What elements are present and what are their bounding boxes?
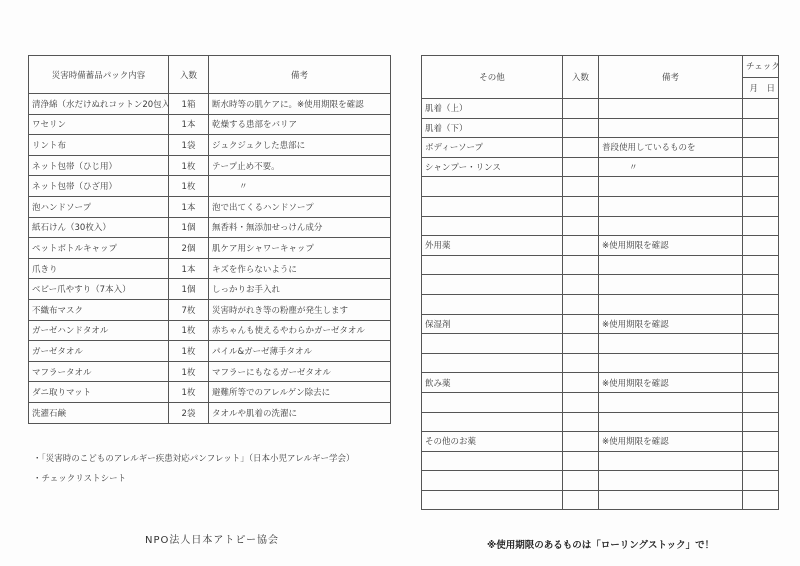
check-date-field[interactable]: [743, 334, 779, 354]
item-quantity: 1箱: [169, 94, 209, 115]
item-name: 紙石けん（30枚入）: [29, 217, 169, 238]
item-remarks: [599, 294, 743, 314]
item-remarks: [599, 412, 743, 432]
item-remarks: ジュクジュクした患部に: [209, 135, 391, 156]
item-name: [422, 334, 563, 354]
item-quantity-field[interactable]: [563, 138, 599, 158]
table-row: ワセリン1本乾燥する患部をバリア: [29, 114, 391, 135]
table-row: [422, 275, 779, 295]
table-row: ペットボトルキャップ2個肌ケア用シャワーキャップ: [29, 238, 391, 259]
item-remarks: [599, 353, 743, 373]
item-remarks: マフラーにもなるガーゼタオル: [209, 361, 391, 382]
item-remarks: [599, 99, 743, 119]
item-quantity: 1枚: [169, 155, 209, 176]
item-remarks: ※使用期限を確認: [599, 373, 743, 393]
table-row: [422, 392, 779, 412]
item-name: 肌着（上）: [422, 99, 563, 119]
item-remarks: 災害時がれき等の粉塵が発生します: [209, 299, 391, 320]
table-row: [422, 196, 779, 216]
item-name: ネット包帯（ひざ用）: [29, 176, 169, 197]
check-date-field[interactable]: [743, 353, 779, 373]
table-row: 紙石けん（30枚入）1個無香料・無添加せっけん成分: [29, 217, 391, 238]
item-quantity-field[interactable]: [563, 490, 599, 510]
table-row: 不織布マスク7枚災害時がれき等の粉塵が発生します: [29, 299, 391, 320]
table-row: [422, 255, 779, 275]
item-quantity: 1袋: [169, 135, 209, 156]
table-row: ガーゼハンドタオル1枚赤ちゃんも使えるやわらかガーゼタオル: [29, 320, 391, 341]
item-remarks: [599, 471, 743, 491]
check-date-field[interactable]: [743, 490, 779, 510]
table-row: [422, 353, 779, 373]
header-pack-contents: 災害時備蓄品パック内容: [29, 56, 169, 94]
item-name: その他のお薬: [422, 432, 563, 452]
table-row: [422, 334, 779, 354]
item-name: [422, 353, 563, 373]
check-date-field[interactable]: [743, 314, 779, 334]
item-name: ペットボトルキャップ: [29, 238, 169, 259]
item-quantity-field[interactable]: [563, 236, 599, 256]
item-name: [422, 490, 563, 510]
rolling-stock-note: ※使用期限のあるものは「ローリングストック」で！: [487, 537, 714, 551]
check-date-field[interactable]: [743, 177, 779, 197]
item-name: ボディーソープ: [422, 138, 563, 158]
check-date-field[interactable]: [743, 275, 779, 295]
table-row: 洗濯石鹸2袋タオルや肌着の洗濯に: [29, 402, 391, 423]
item-quantity: 1枚: [169, 176, 209, 197]
item-quantity: 2袋: [169, 402, 209, 423]
table-header-row: その他 入数 備考 チェック: [422, 56, 779, 78]
table-row: 爪きり1本キズを作らないように: [29, 258, 391, 279]
item-quantity-field[interactable]: [563, 432, 599, 452]
item-remarks: タオルや肌着の洗濯に: [209, 402, 391, 423]
header-date: 月 日: [743, 77, 779, 99]
item-name: [422, 196, 563, 216]
item-name: ガーゼタオル: [29, 341, 169, 362]
table-row: ネット包帯（ひざ用）1枚〃: [29, 176, 391, 197]
item-quantity: 1本: [169, 196, 209, 217]
header-remarks: 備考: [599, 56, 743, 99]
item-remarks: [599, 275, 743, 295]
item-remarks: 断水時等の肌ケアに。※使用期限を確認: [209, 94, 391, 115]
table-row: 清浄綿（水だけぬれコットン20包入）1箱断水時等の肌ケアに。※使用期限を確認: [29, 94, 391, 115]
item-remarks: 避難所等でのアレルゲン除去に: [209, 382, 391, 403]
item-remarks: キズを作らないように: [209, 258, 391, 279]
item-quantity-field[interactable]: [563, 157, 599, 177]
item-name: ベビー爪やすり（7本入）: [29, 279, 169, 300]
item-quantity: 7枚: [169, 299, 209, 320]
item-remarks: ※使用期限を確認: [599, 432, 743, 452]
item-quantity-field[interactable]: [563, 471, 599, 491]
item-quantity-field[interactable]: [563, 177, 599, 197]
item-remarks: 肌ケア用シャワーキャップ: [209, 238, 391, 259]
disaster-pack-table: 災害時備蓄品パック内容 入数 備考 清浄綿（水だけぬれコットン20包入）1箱断水…: [28, 55, 391, 424]
table-row: [422, 294, 779, 314]
check-date-field[interactable]: [743, 99, 779, 119]
table-row: ベビー爪やすり（7本入）1個しっかりお手入れ: [29, 279, 391, 300]
item-quantity: 1個: [169, 279, 209, 300]
table-row: マフラータオル1枚マフラーにもなるガーゼタオル: [29, 361, 391, 382]
item-remarks: テープ止め不要。: [209, 155, 391, 176]
item-remarks: [599, 196, 743, 216]
item-quantity-field[interactable]: [563, 451, 599, 471]
header-other: その他: [422, 56, 563, 99]
table-row: 飲み薬※使用期限を確認: [422, 373, 779, 393]
item-name: マフラータオル: [29, 361, 169, 382]
item-remarks: しっかりお手入れ: [209, 279, 391, 300]
item-quantity: 1枚: [169, 320, 209, 341]
item-remarks: 〃: [599, 157, 743, 177]
item-quantity-field[interactable]: [563, 255, 599, 275]
item-quantity: 1枚: [169, 382, 209, 403]
check-date-field[interactable]: [743, 157, 779, 177]
table-row: ダニ取りマット1枚避難所等でのアレルゲン除去に: [29, 382, 391, 403]
item-remarks: 赤ちゃんも使えるやわらかガーゼタオル: [209, 320, 391, 341]
table-row: [422, 216, 779, 236]
table-row: ボディーソープ普段使用しているものを: [422, 138, 779, 158]
item-name: 不織布マスク: [29, 299, 169, 320]
item-remarks: 普段使用しているものを: [599, 138, 743, 158]
table-row: [422, 471, 779, 491]
item-quantity-field[interactable]: [563, 334, 599, 354]
item-quantity-field[interactable]: [563, 275, 599, 295]
check-date-field[interactable]: [743, 412, 779, 432]
item-name: 泡ハンドソープ: [29, 196, 169, 217]
item-remarks: [599, 118, 743, 138]
item-remarks: 〃: [209, 176, 391, 197]
item-remarks: [599, 490, 743, 510]
item-name: 肌着（下）: [422, 118, 563, 138]
item-name: [422, 216, 563, 236]
item-name: [422, 392, 563, 412]
table-row: [422, 412, 779, 432]
item-quantity-field[interactable]: [563, 216, 599, 236]
table-row: 肌着（上）: [422, 99, 779, 119]
header-remarks: 備考: [209, 56, 391, 94]
table-row: ガーゼタオル1枚パイル&ガーゼ薄手タオル: [29, 341, 391, 362]
item-quantity-field[interactable]: [563, 412, 599, 432]
item-name: [422, 294, 563, 314]
check-date-field[interactable]: [743, 236, 779, 256]
item-quantity-field[interactable]: [563, 314, 599, 334]
item-remarks: パイル&ガーゼ薄手タオル: [209, 341, 391, 362]
item-quantity: 2個: [169, 238, 209, 259]
table-row: 肌着（下）: [422, 118, 779, 138]
note-pamphlet: ・「災害時のこどものアレルギー疾患対応パンフレット」（日本小児アレルギー学会）: [33, 452, 354, 464]
header-check: チェック: [743, 56, 779, 78]
check-date-field[interactable]: [743, 392, 779, 412]
item-name: [422, 451, 563, 471]
table-row: ネット包帯（ひじ用）1枚テープ止め不要。: [29, 155, 391, 176]
item-name: リント布: [29, 135, 169, 156]
item-quantity-field[interactable]: [563, 99, 599, 119]
item-name: ガーゼハンドタオル: [29, 320, 169, 341]
item-quantity: 1本: [169, 114, 209, 135]
item-remarks: [599, 334, 743, 354]
item-remarks: [599, 216, 743, 236]
item-name: [422, 177, 563, 197]
table-row: 保湿剤※使用期限を確認: [422, 314, 779, 334]
check-date-field[interactable]: [743, 118, 779, 138]
item-name: [422, 275, 563, 295]
table-row: [422, 177, 779, 197]
item-remarks: 泡で出てくるハンドソープ: [209, 196, 391, 217]
item-name: [422, 412, 563, 432]
item-name: 保湿剤: [422, 314, 563, 334]
item-quantity: 1枚: [169, 361, 209, 382]
item-quantity: 1個: [169, 217, 209, 238]
table-row: [422, 451, 779, 471]
check-date-field[interactable]: [743, 196, 779, 216]
item-name: 洗濯石鹸: [29, 402, 169, 423]
item-quantity-field[interactable]: [563, 373, 599, 393]
item-remarks: ※使用期限を確認: [599, 314, 743, 334]
note-checklist: ・チェックリストシート: [33, 472, 126, 484]
item-name: ネット包帯（ひじ用）: [29, 155, 169, 176]
table-row: シャンプー・リンス〃: [422, 157, 779, 177]
table-row: 泡ハンドソープ1本泡で出てくるハンドソープ: [29, 196, 391, 217]
item-quantity-field[interactable]: [563, 118, 599, 138]
table-header-row: 災害時備蓄品パック内容 入数 備考: [29, 56, 391, 94]
table-row: [422, 490, 779, 510]
item-remarks: [599, 392, 743, 412]
item-name: [422, 471, 563, 491]
check-date-field[interactable]: [743, 138, 779, 158]
item-name: [422, 255, 563, 275]
item-name: ワセリン: [29, 114, 169, 135]
table-row: リント布1袋ジュクジュクした患部に: [29, 135, 391, 156]
item-remarks: 乾燥する患部をバリア: [209, 114, 391, 135]
check-date-field[interactable]: [743, 255, 779, 275]
item-quantity-field[interactable]: [563, 392, 599, 412]
check-date-field[interactable]: [743, 373, 779, 393]
item-remarks: ※使用期限を確認: [599, 236, 743, 256]
item-remarks: [599, 451, 743, 471]
item-name: ダニ取りマット: [29, 382, 169, 403]
item-remarks: 無香料・無添加せっけん成分: [209, 217, 391, 238]
organization-name: NPO法人日本アトピー協会: [145, 531, 279, 546]
item-name: 飲み薬: [422, 373, 563, 393]
item-remarks: [599, 255, 743, 275]
check-date-field[interactable]: [743, 471, 779, 491]
check-date-field[interactable]: [743, 432, 779, 452]
check-date-field[interactable]: [743, 294, 779, 314]
item-quantity-field[interactable]: [563, 294, 599, 314]
table-row: 外用薬※使用期限を確認: [422, 236, 779, 256]
check-date-field[interactable]: [743, 216, 779, 236]
check-date-field[interactable]: [743, 451, 779, 471]
item-quantity: 1枚: [169, 341, 209, 362]
item-name: シャンプー・リンス: [422, 157, 563, 177]
item-quantity-field[interactable]: [563, 353, 599, 373]
item-name: 清浄綿（水だけぬれコットン20包入）: [29, 94, 169, 115]
item-name: 爪きり: [29, 258, 169, 279]
table-row: その他のお薬※使用期限を確認: [422, 432, 779, 452]
header-quantity: 入数: [563, 56, 599, 99]
item-quantity-field[interactable]: [563, 196, 599, 216]
item-name: 外用薬: [422, 236, 563, 256]
item-quantity: 1本: [169, 258, 209, 279]
other-items-table: その他 入数 備考 チェック 月 日 肌着（上）肌着（下）ボディーソープ普段使用…: [421, 55, 779, 510]
item-remarks: [599, 177, 743, 197]
header-quantity: 入数: [169, 56, 209, 94]
